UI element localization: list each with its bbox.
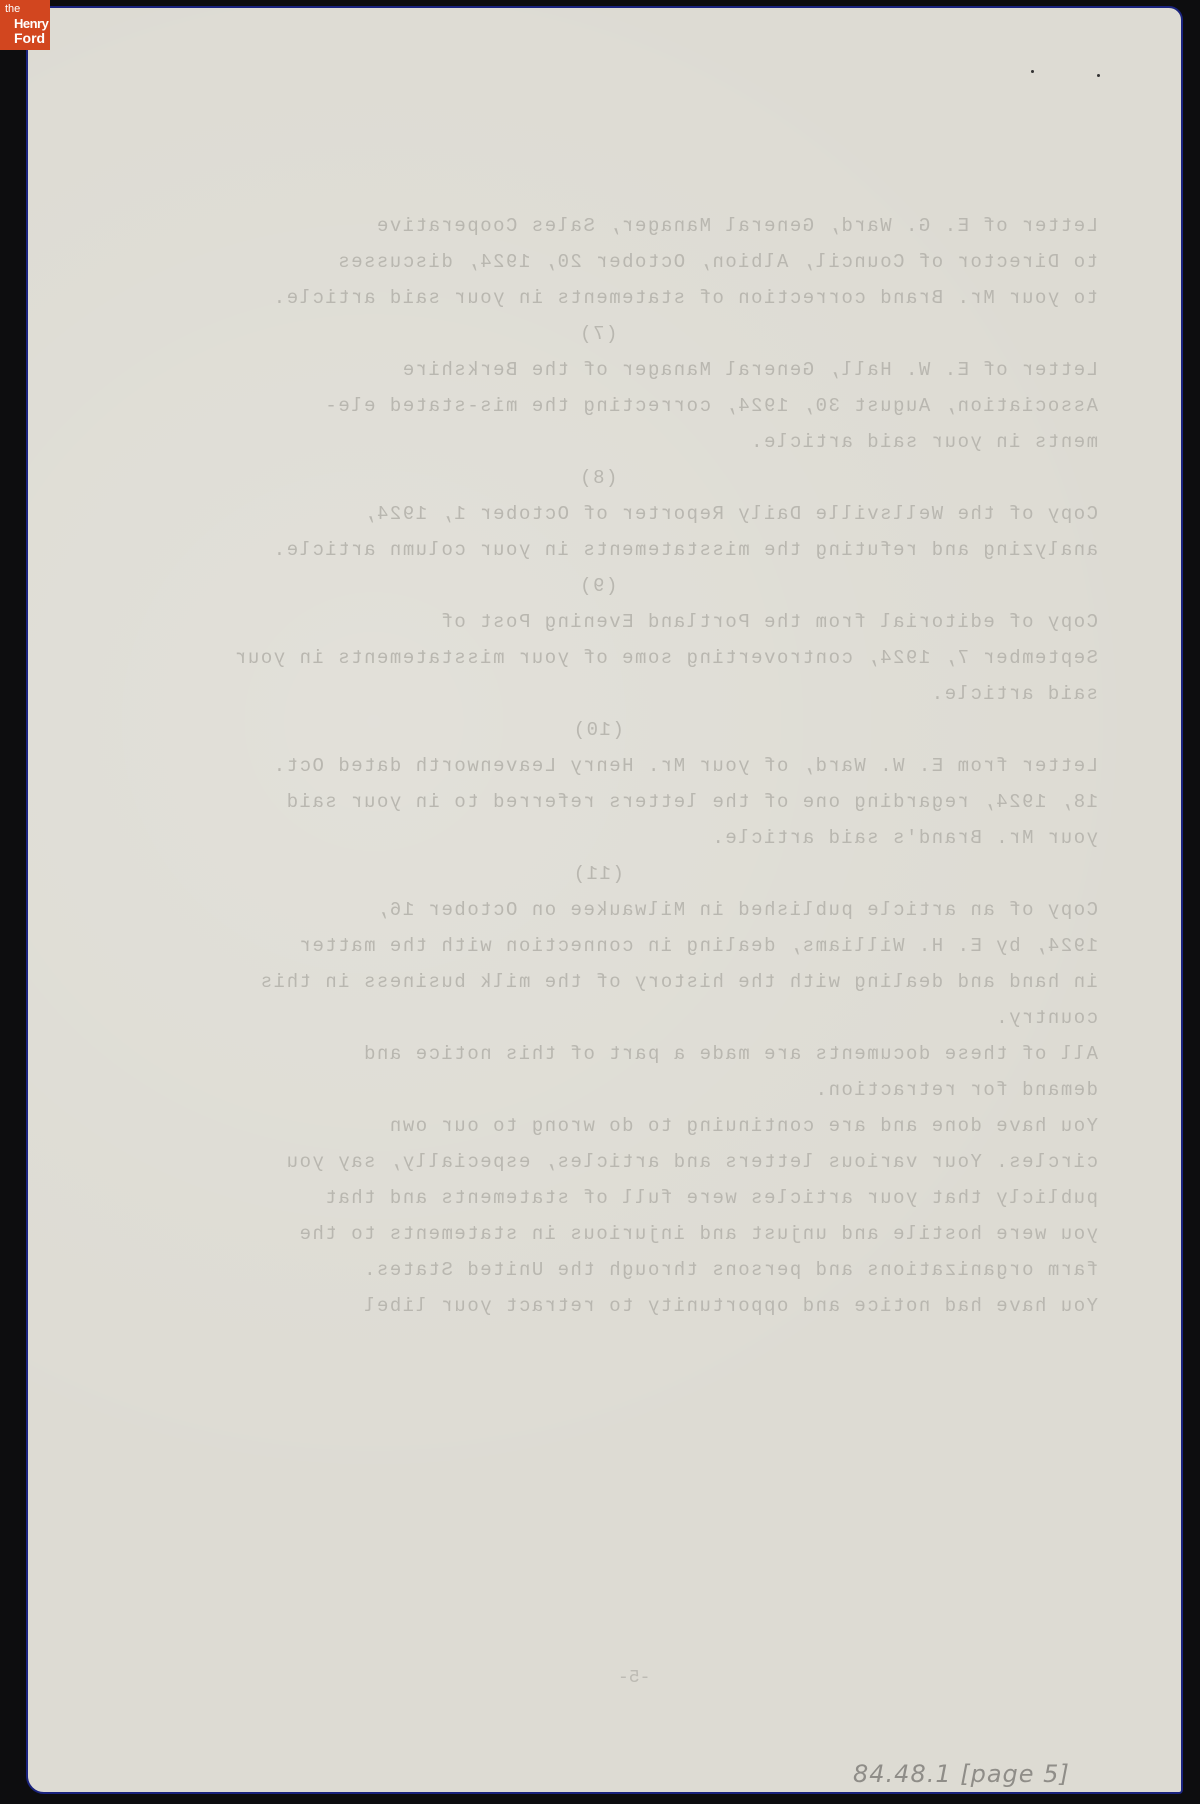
bleed-line: in hand and dealing with the history of … <box>98 964 1098 1000</box>
pinhole-mark <box>1031 70 1034 73</box>
bleed-line: publicly that your articles were full of… <box>98 1180 1098 1216</box>
bleed-through-text: Letter of E. G. Ward, General Manager, S… <box>98 208 1098 1324</box>
pinhole-mark <box>1097 74 1100 77</box>
bleed-line: to your Mr. Brand correction of statemen… <box>98 280 1098 316</box>
bleed-line: Copy of editorial from the Portland Even… <box>98 604 1098 640</box>
bleed-line: (7) <box>98 316 1098 352</box>
bleed-line: You have done and are continuing to do w… <box>98 1108 1098 1144</box>
bleed-line: said article. <box>98 676 1098 712</box>
bleed-line: demand for retraction. <box>98 1072 1098 1108</box>
bleed-line: September 7, 1924, controverting some of… <box>98 640 1098 676</box>
bleed-line: (11) <box>98 856 1098 892</box>
archive-annotation: 84.48.1 [page 5] <box>853 1760 1070 1788</box>
bleed-line: circles. Your various letters and articl… <box>98 1144 1098 1180</box>
logo-ford: Ford <box>14 31 45 45</box>
bleed-line: Association, August 30, 1924, correcting… <box>98 388 1098 424</box>
bleed-line: your Mr. Brand's said article. <box>98 820 1098 856</box>
bleed-line: Letter of E. G. Ward, General Manager, S… <box>98 208 1098 244</box>
logo-henry: Henry <box>14 17 48 30</box>
bleed-line: analyzing and refuting the misstatements… <box>98 532 1098 568</box>
bleed-line: 18, 1924, regarding one of the letters r… <box>98 784 1098 820</box>
bleed-line: Copy of the Wellsville Daily Reporter of… <box>98 496 1098 532</box>
bleed-line: you were hostile and unjust and injuriou… <box>98 1216 1098 1252</box>
henry-ford-logo: the Henry Ford <box>0 0 50 50</box>
bleed-line: You have had notice and opportunity to r… <box>98 1288 1098 1324</box>
bleed-line: All of these documents are made a part o… <box>98 1036 1098 1072</box>
logo-the: the <box>5 4 20 15</box>
bleed-line: (8) <box>98 460 1098 496</box>
bleed-line: Letter from E. W. Ward, of your Mr. Henr… <box>98 748 1098 784</box>
bleed-line: country. <box>98 1000 1098 1036</box>
bleed-line: (9) <box>98 568 1098 604</box>
bleed-line: ments in your said article. <box>98 424 1098 460</box>
bleed-line: 1924, by E. H. Williams, dealing in conn… <box>98 928 1098 964</box>
bleed-line: to Director of Council, Albion, October … <box>98 244 1098 280</box>
bleed-line: (10) <box>98 712 1098 748</box>
bleed-line: Letter of E. W. Hall, General Manager of… <box>98 352 1098 388</box>
bleed-line: Copy of an article published in Milwauke… <box>98 892 1098 928</box>
document-page: Letter of E. G. Ward, General Manager, S… <box>26 6 1183 1794</box>
bleed-line: farm organizations and persons through t… <box>98 1252 1098 1288</box>
page-number: -5- <box>618 1668 650 1688</box>
